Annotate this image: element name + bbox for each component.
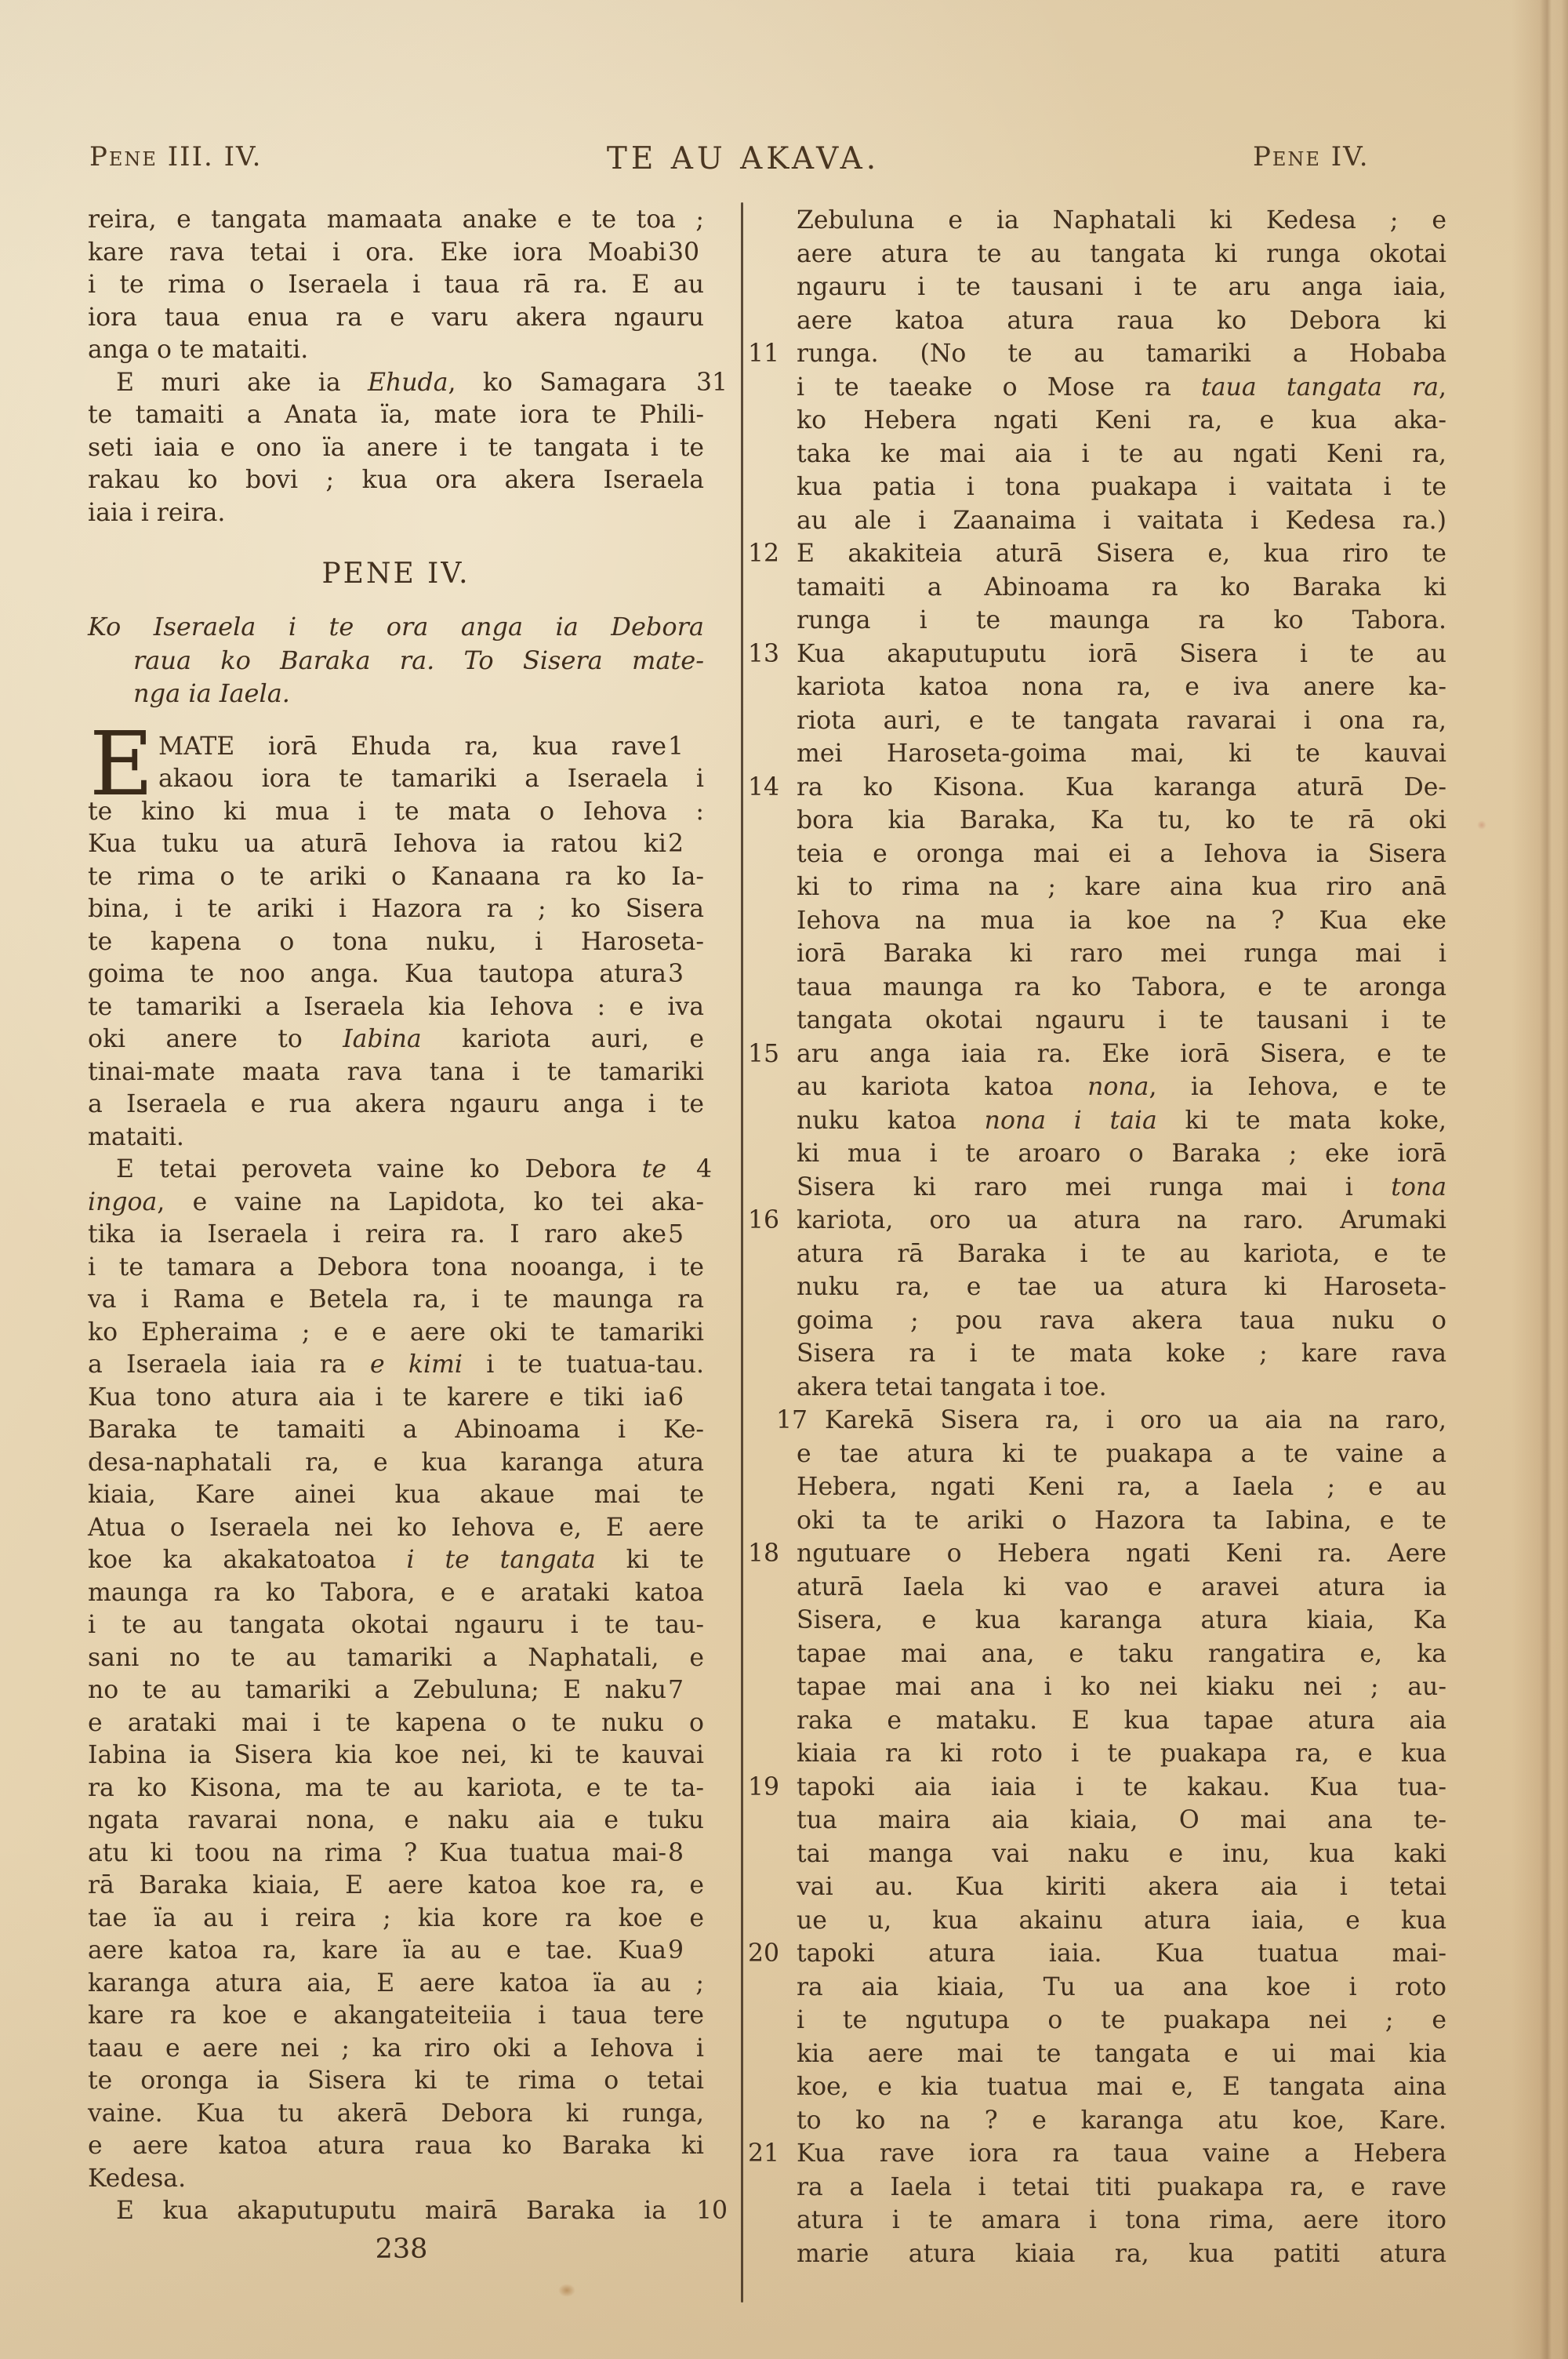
- text-line: tai manga vai naku e inu, kua kaki: [746, 1837, 1446, 1871]
- text-line: ngata ravarai nona, e naku aia e tuku: [88, 1805, 715, 1837]
- page-edge-shadow: [1512, 0, 1568, 2359]
- text-segment: E muri ake ia: [116, 369, 368, 397]
- text-line: ingoa, e vaine na Lapidota, ko tei aka-: [88, 1187, 715, 1219]
- text-segment: kia aere mai te tangata e ui mai kia: [797, 2040, 1446, 2068]
- text-line: te kino ki mua i te mata o Iehova :: [88, 796, 715, 829]
- text-segment: atura i te amara i tona rima, aere itoro: [797, 2206, 1446, 2234]
- text-segment: ngauru i te tausani i te aru anga iaia,: [797, 273, 1446, 301]
- text-segment: E kua akaputuputu mairā Baraka ia: [116, 2197, 666, 2225]
- text-segment: bora kia Baraka, Ka tu, ko te rā oki: [797, 806, 1446, 834]
- text-line: aere katoa ra, kare ïa au e tae. Kua9: [88, 1935, 715, 1968]
- text-segment: anga o te mataiti.: [88, 336, 308, 364]
- text-segment: Kua rave iora ra taua vaine a Hebera: [797, 2139, 1446, 2168]
- text-segment: tai manga vai naku e inu, kua kaki: [797, 1840, 1446, 1868]
- text-segment: Kua akaputuputu iorā Sisera i te au: [797, 640, 1446, 668]
- text-line: taau e aere nei ; ka riro oki a Iehova i: [88, 2033, 715, 2066]
- text-line: Zebuluna e ia Naphatali ki Kedesa ; e: [746, 204, 1446, 238]
- text-segment: Baraka te tamaiti a Abinoama i Ke-: [88, 1416, 704, 1444]
- text-segment: i te ngutupa o te puakapa nei ; e: [797, 2006, 1446, 2034]
- text-line: ki mua i te aroaro o Baraka ; eke iorā: [746, 1137, 1446, 1171]
- text-segment: kiaia, Kare ainei kua akaue mai te: [88, 1481, 704, 1509]
- text-segment: va i Rama e Betela ra, i te maunga ra: [88, 1285, 704, 1314]
- italic-text: e kimi: [370, 1350, 463, 1379]
- verse-number: 5: [668, 1219, 715, 1252]
- text-line: Iabina ia Sisera kia koe nei, ki te kauv…: [88, 1739, 715, 1772]
- verse-number: 3: [668, 958, 715, 991]
- text-line: i te au tangata okotai ngauru i te tau-: [88, 1609, 715, 1642]
- text-line: marie atura kiaia ra, kua patiti atura: [746, 2237, 1446, 2271]
- text-segment: aere katoa ra, kare ïa au e tae. Kua: [88, 1936, 666, 1965]
- text-line: to ko na ? e karanga atu koe, Kare.: [746, 2104, 1446, 2138]
- text-segment: no te au tamariki a Zebuluna; E naku: [88, 1676, 666, 1704]
- text-line: oki anere to Iabina kariota auri, e: [88, 1023, 715, 1056]
- verse-number: 21: [748, 2137, 793, 2171]
- text-segment: to ko na ? e karanga atu koe, Kare.: [797, 2106, 1446, 2135]
- column-divider-rule: [741, 202, 743, 2303]
- text-segment: goima ; pou rava akera taua nuku o: [797, 1307, 1446, 1335]
- text-segment: karanga atura aia, E aere katoa ïa au ;: [88, 1969, 704, 1997]
- italic-text: tona: [1391, 1173, 1446, 1201]
- verse-number: 30: [668, 237, 715, 270]
- text-line: tamaiti a Abinoama ra ko Baraka ki: [746, 571, 1446, 605]
- text-segment: vaine. Kua tu akerā Debora ki runga,: [88, 2099, 704, 2128]
- text-line: ki to rima na ; kare aina kua riro anā: [746, 871, 1446, 904]
- text-line: i te taeake o Mose ra taua tangata ra,: [746, 371, 1446, 405]
- verse-number: 6: [668, 1382, 715, 1415]
- text-line: goima ; pou rava akera taua nuku o: [746, 1304, 1446, 1338]
- text-line: a Iseraela e rua akera ngauru anga i te: [88, 1089, 715, 1121]
- text-line: a Iseraela iaia ra e kimi i te tuatua-ta…: [88, 1349, 715, 1382]
- text-segment: Hebera, ngati Keni ra, a Iaela ; e au: [797, 1473, 1446, 1501]
- text-line: Kua tuku ua aturā Iehova ia ratou ki2: [88, 828, 715, 861]
- chapter-summary-line: Ko Iseraela i te ora anga ia Debora: [88, 610, 715, 644]
- text-line: aere atura te au tangata ki runga okotai: [746, 238, 1446, 271]
- text-segment: ra a Iaela i tetai titi puakapa ra, e ra…: [797, 2173, 1446, 2201]
- text-line: runga i te maunga ra ko Tabora.: [746, 604, 1446, 638]
- text-segment: tapoki aia iaia i te kakau. Kua tua-: [797, 1773, 1446, 1801]
- text-segment: te kapena o tona nuku, i Haroseta-: [88, 928, 704, 956]
- text-line: kua patia i tona puakapa i vaitata i te: [746, 471, 1446, 504]
- paragraph-block: reira, e tangata mamaata anake e te toa …: [88, 204, 715, 529]
- text-line: Sisera, e kua karanga atura kiaia, Ka: [746, 1604, 1446, 1637]
- text-line: akaou iora te tamariki a Iseraela i: [88, 763, 715, 796]
- text-segment: Sisera, e kua karanga atura kiaia, Ka: [797, 1606, 1446, 1634]
- text-line: teia e oronga mai ei a Iehova ia Sisera: [746, 838, 1446, 871]
- text-line: E tetai peroveta vaine ko Debora te4: [88, 1154, 715, 1187]
- text-segment: iorā Baraka ki raro mei runga mai i: [797, 940, 1446, 968]
- text-line: Baraka te tamaiti a Abinoama i Ke-: [88, 1414, 715, 1447]
- text-line: tinai-mate maata rava tana i te tamariki: [88, 1056, 715, 1089]
- text-segment: runga. (No te au tamariki a Hobaba: [797, 340, 1446, 368]
- text-line: koe, e kia tuatua mai e, E tangata aina: [746, 2070, 1446, 2104]
- text-segment: e arataki mai i te kapena o te nuku o: [88, 1709, 704, 1737]
- italic-text: Iabina: [343, 1025, 422, 1053]
- running-head-right: Pene IV.: [1253, 141, 1370, 173]
- text-line: MATE iorā Ehuda ra, kua rave1: [88, 731, 715, 764]
- text-line: tae ïa au i reira ; kia kore ra koe e: [88, 1903, 715, 1936]
- right-text-column: Zebuluna e ia Naphatali ki Kedesa ; eaer…: [746, 204, 1446, 2270]
- text-segment: raka e mataku. E kua tapae atura aia: [797, 1707, 1446, 1735]
- text-line: raka e mataku. E kua tapae atura aia: [746, 1704, 1446, 1738]
- text-segment: i te taeake o Mose ra: [797, 373, 1201, 402]
- text-line: atu ki toou na rima ? Kua tuatua mai-8: [88, 1837, 715, 1870]
- text-segment: a Iseraela e rua akera ngauru anga i te: [88, 1090, 704, 1118]
- text-line: vai au. Kua kiriti akera aia i tetai: [746, 1870, 1446, 1904]
- text-segment: ra ko Kisona, ma te au kariota, e te ta-: [88, 1774, 704, 1802]
- text-line: Kua rave iora ra taua vaine a Hebera21: [746, 2137, 1446, 2171]
- text-line: au ale i Zaanaima i vaitata i Kedesa ra.…: [746, 504, 1446, 538]
- text-segment: rakau ko bovi ; kua ora akera Iseraela: [88, 466, 704, 494]
- text-segment: ki mua i te aroaro o Baraka ; eke iorā: [797, 1140, 1446, 1168]
- text-segment: , e vaine na Lapidota, ko tei aka-: [157, 1188, 704, 1216]
- text-line: te rima o te ariki o Kanaana ra ko Ia-: [88, 861, 715, 894]
- text-segment: E akakiteia aturā Sisera e, kua riro te: [797, 540, 1446, 568]
- text-line: kariota, oro ua atura na raro. Arumaki16: [746, 1204, 1446, 1238]
- text-line: Iehova na mua ia koe na ? Kua eke: [746, 904, 1446, 938]
- text-segment: kariota katoa nona ra, e iva anere ka-: [797, 673, 1446, 701]
- text-line: te oronga ia Sisera ki te rima o tetai: [88, 2065, 715, 2098]
- text-line: kare rava tetai i ora. Eke iora Moabi30: [88, 237, 715, 270]
- text-segment: Kua tuku ua aturā Iehova ia ratou ki: [88, 830, 666, 858]
- text-line: Atua o Iseraela nei ko Iehova e, E aere: [88, 1512, 715, 1545]
- text-segment: kariota, oro ua atura na raro. Arumaki: [797, 1206, 1446, 1234]
- text-line: ngauru i te tausani i te aru anga iaia,: [746, 271, 1446, 304]
- text-segment: ko Hebera ngati Keni ra, e kua aka-: [797, 406, 1446, 434]
- text-line: ra aia kiaia, Tu ua ana koe i roto: [746, 1971, 1446, 2005]
- text-line: ra ko Kisona. Kua karanga aturā De-14: [746, 771, 1446, 805]
- text-line: tika ia Iseraela i reira ra. I raro ake5: [88, 1219, 715, 1252]
- text-segment: runga i te maunga ra ko Tabora.: [797, 606, 1446, 634]
- text-segment: marie atura kiaia ra, kua patiti atura: [797, 2240, 1446, 2268]
- text-line: atura rā Baraka i te au kariota, e te: [746, 1238, 1446, 1271]
- foxing-spot: [1477, 820, 1486, 830]
- verse-number: 12: [748, 537, 793, 571]
- text-segment: au ale i Zaanaima i vaitata i Kedesa ra.…: [797, 507, 1446, 535]
- text-segment: a Iseraela iaia ra: [88, 1350, 370, 1379]
- text-segment: i te au tangata okotai ngauru i te tau-: [88, 1611, 704, 1639]
- text-segment: Kua tono atura aia i te karere e tiki ia: [88, 1383, 666, 1412]
- text-segment: e tae atura ki te puakapa a te vaine a: [797, 1440, 1446, 1468]
- paragraph-block: EMATE iorā Ehuda ra, kua rave1akaou iora…: [88, 731, 715, 2228]
- book-page: Pene III. IV. TE AU AKAVA. Pene IV. reir…: [0, 0, 1568, 2359]
- text-line: tangata okotai ngauru i te tausani i te: [746, 1004, 1446, 1038]
- text-segment: Karekā Sisera ra, i oro ua aia na raro,: [825, 1406, 1446, 1434]
- text-segment: tika ia Iseraela i reira ra. I raro ake: [88, 1220, 666, 1249]
- chapter-summary-line: raua ko Baraka ra. To Sisera mate-: [88, 644, 715, 678]
- text-line: bora kia Baraka, Ka tu, ko te rā oki: [746, 804, 1446, 838]
- text-line: Kua tono atura aia i te karere e tiki ia…: [88, 1382, 715, 1415]
- foxing-spot: [558, 2284, 575, 2297]
- text-segment: ngata ravarai nona, e naku aia e tuku: [88, 1806, 704, 1834]
- text-segment: tamaiti a Abinoama ra ko Baraka ki: [797, 573, 1446, 602]
- text-line: maunga ra ko Tabora, e e arataki katoa: [88, 1577, 715, 1610]
- text-segment: , ia Iehova, e te: [1149, 1073, 1446, 1101]
- text-line: taua maunga ra ko Tabora, e te aronga: [746, 971, 1446, 1005]
- text-line: desa-naphatali ra, e kua karanga atura: [88, 1447, 715, 1480]
- text-segment: seti iaia e ono ïa anere i te tangata i …: [88, 434, 704, 462]
- text-segment: Sisera ra i te mata koke ; kare rava: [797, 1339, 1446, 1368]
- text-line: va i Rama e Betela ra, i te maunga ra: [88, 1284, 715, 1317]
- text-segment: rā Baraka kiaia, E aere katoa koe ra, e: [88, 1871, 704, 1899]
- text-line: kia aere mai te tangata e ui mai kia: [746, 2037, 1446, 2071]
- text-line: kariota katoa nona ra, e iva anere ka-: [746, 671, 1446, 704]
- text-segment: ra aia kiaia, Tu ua ana koe i roto: [797, 1973, 1446, 2001]
- text-segment: mataiti.: [88, 1123, 184, 1151]
- text-line: ngutuare o Hebera ngati Keni ra. Aere18: [746, 1537, 1446, 1571]
- verse-number: 9: [668, 1935, 715, 1968]
- text-segment: oki ta te ariki o Hazora ta Iabina, e te: [797, 1507, 1446, 1535]
- text-segment: kua patia i tona puakapa i vaitata i te: [797, 473, 1446, 501]
- text-line: akera tetai tangata i toe.: [746, 1371, 1446, 1405]
- text-segment: akaou iora te tamariki a Iseraela i: [158, 765, 704, 793]
- text-line: sani no te au tamariki a Naphatali, e: [88, 1642, 715, 1675]
- text-segment: riota auri, e te tangata ravarai i ona r…: [797, 707, 1446, 735]
- text-line: te tamaiti a Anata ïa, mate iora te Phil…: [88, 399, 715, 432]
- text-line: iorā Baraka ki raro mei runga mai i: [746, 937, 1446, 971]
- verse-number: 20: [748, 1937, 793, 1971]
- text-segment: Sisera ki raro mei runga mai i: [797, 1173, 1391, 1201]
- verse-number: 14: [748, 771, 793, 805]
- text-segment: tapae mai ana i ko nei kiaku nei ; au-: [797, 1673, 1446, 1701]
- verse-number: 13: [748, 638, 793, 671]
- text-line: kare ra koe e akangateiteiia i taua tere: [88, 2000, 715, 2033]
- text-segment: te tamariki a Iseraela kia Iehova : e iv…: [88, 993, 704, 1021]
- text-segment: nuku ra, e tae ua atura ki Haroseta-: [797, 1273, 1446, 1301]
- verse-number: 2: [668, 828, 715, 861]
- verse-number: 15: [748, 1038, 793, 1071]
- text-segment: au kariota katoa: [797, 1073, 1087, 1101]
- text-line: bina, i te ariki i Hazora ra ; ko Sisera: [88, 893, 715, 926]
- text-segment: oki anere to: [88, 1025, 343, 1053]
- chapter-summary: Ko Iseraela i te ora anga ia Deboraraua …: [88, 610, 715, 711]
- verse-number: 7: [668, 1674, 715, 1707]
- verse-number: 31: [668, 367, 715, 400]
- left-text-column: reira, e tangata mamaata anake e te toa …: [88, 204, 715, 2228]
- text-line: ko Epheraima ; e e aere oki te tamariki: [88, 1317, 715, 1350]
- text-segment: tinai-mate maata rava tana i te tamariki: [88, 1058, 704, 1086]
- verse-number: 19: [748, 1771, 793, 1805]
- text-segment: ue u, kua akainu atura iaia, e kua: [797, 1906, 1446, 1935]
- text-segment: te tamaiti a Anata ïa, mate iora te Phil…: [88, 401, 704, 429]
- text-segment: iaia i reira.: [88, 499, 225, 527]
- text-line: i te tamara a Debora tona nooanga, i te: [88, 1252, 715, 1285]
- page-number: 238: [88, 2234, 715, 2265]
- text-line: taka ke mai aia i te au ngati Keni ra,: [746, 438, 1446, 471]
- text-segment: tae ïa au i reira ; kia kore ra koe e: [88, 1904, 704, 1932]
- text-line: anga o te mataiti.: [88, 334, 715, 367]
- text-line: Hebera, ngati Keni ra, a Iaela ; e au: [746, 1470, 1446, 1504]
- text-segment: e aere katoa atura raua ko Baraka ki: [88, 2132, 704, 2160]
- text-line: i te ngutupa o te puakapa nei ; e: [746, 2004, 1446, 2037]
- text-line: tapae mai ana, e taku rangatira e, ka: [746, 1637, 1446, 1671]
- verse-number: 16: [748, 1204, 793, 1238]
- text-segment: aere atura te au tangata ki runga okotai: [797, 240, 1446, 268]
- text-line: e aere katoa atura raua ko Baraka ki: [88, 2130, 715, 2163]
- text-segment: ra ko Kisona. Kua karanga aturā De-: [797, 773, 1446, 801]
- book-title-running-head: TE AU AKAVA.: [607, 141, 880, 176]
- text-line: aere katoa atura raua ko Debora ki: [746, 304, 1446, 338]
- text-line: no te au tamariki a Zebuluna; E naku7: [88, 1674, 715, 1707]
- text-segment: reira, e tangata mamaata anake e te toa …: [88, 205, 704, 234]
- text-line: ra a Iaela i tetai titi puakapa ra, e ra…: [746, 2171, 1446, 2205]
- verse-number: 4: [668, 1154, 715, 1187]
- text-line: iora taua enua ra e varu akera ngauru: [88, 302, 715, 335]
- text-segment: aru anga iaia ra. Eke iorā Sisera, e te: [797, 1040, 1446, 1068]
- italic-text: te: [642, 1155, 666, 1183]
- paragraph-block: Zebuluna e ia Naphatali ki Kedesa ; eaer…: [746, 204, 1446, 2270]
- text-line: ra ko Kisona, ma te au kariota, e te ta-: [88, 1772, 715, 1805]
- text-segment: kariota auri, e: [422, 1025, 704, 1053]
- verse-number: 18: [748, 1537, 793, 1571]
- text-segment: te rima o te ariki o Kanaana ra ko Ia-: [88, 863, 704, 891]
- text-segment: Iehova na mua ia koe na ? Kua eke: [797, 907, 1446, 935]
- text-segment: nuku katoa: [797, 1107, 985, 1135]
- text-line: Sisera ki raro mei runga mai i tona: [746, 1171, 1446, 1205]
- text-segment: goima te noo anga. Kua tautopa atura: [88, 960, 666, 988]
- text-segment: akera tetai tangata i toe.: [797, 1373, 1107, 1401]
- text-segment: i te tuatua-tau.: [463, 1350, 704, 1379]
- text-segment: desa-naphatali ra, e kua karanga atura: [88, 1448, 704, 1477]
- text-line: Karekā Sisera ra, i oro ua aia na raro,1…: [746, 1404, 1446, 1438]
- text-line: E muri ake ia Ehuda, ko Samagara31: [88, 367, 715, 400]
- verse-number: 17: [748, 1404, 793, 1438]
- italic-text: taua tangata ra: [1201, 373, 1439, 402]
- text-segment: maunga ra ko Tabora, e e arataki katoa: [88, 1579, 704, 1607]
- text-segment: E tetai peroveta vaine ko Debora: [116, 1155, 642, 1183]
- text-line: aturā Iaela ki vao e aravei atura ia: [746, 1571, 1446, 1605]
- text-segment: , ko Samagara: [448, 369, 666, 397]
- text-line: ue u, kua akainu atura iaia, e kua: [746, 1904, 1446, 1938]
- text-line: rā Baraka kiaia, E aere katoa koe ra, e: [88, 1870, 715, 1903]
- text-line: iaia i reira.: [88, 497, 715, 530]
- text-segment: iora taua enua ra e varu akera ngauru: [88, 304, 704, 332]
- italic-text: Ehuda: [368, 369, 448, 397]
- text-segment: ki te: [596, 1546, 704, 1574]
- text-line: e tae atura ki te puakapa a te vaine a: [746, 1438, 1446, 1471]
- running-head-left: Pene III. IV.: [89, 141, 262, 173]
- text-line: runga. (No te au tamariki a Hobaba11: [746, 337, 1446, 371]
- verse-number: 8: [668, 1837, 715, 1870]
- text-segment: i te rima o Iseraela i taua rā ra. E au: [88, 271, 704, 299]
- text-segment: atu ki toou na rima ? Kua tuatua mai-: [88, 1839, 666, 1867]
- text-line: te kapena o tona nuku, i Haroseta-: [88, 926, 715, 959]
- text-line: E akakiteia aturā Sisera e, kua riro te1…: [746, 537, 1446, 571]
- text-segment: aere katoa atura raua ko Debora ki: [797, 307, 1446, 335]
- text-segment: Atua o Iseraela nei ko Iehova e, E aere: [88, 1514, 704, 1542]
- italic-text: nona i taia: [985, 1107, 1157, 1135]
- text-line: kiaia ra ki roto i te puakapa ra, e kua: [746, 1737, 1446, 1771]
- text-segment: tapoki atura iaia. Kua tuatua mai-: [797, 1939, 1446, 1968]
- text-segment: ngutuare o Hebera ngati Keni ra. Aere: [797, 1539, 1446, 1568]
- text-segment: ko Epheraima ; e e aere oki te tamariki: [88, 1318, 704, 1347]
- text-line: te tamariki a Iseraela kia Iehova : e iv…: [88, 991, 715, 1024]
- text-line: nuku katoa nona i taia ki te mata koke,: [746, 1104, 1446, 1138]
- text-line: Kedesa.: [88, 2163, 715, 2196]
- text-line: mataiti.: [88, 1121, 715, 1154]
- text-segment: i te tamara a Debora tona nooanga, i te: [88, 1253, 704, 1281]
- text-line: nuku ra, e tae ua atura ki Haroseta-: [746, 1270, 1446, 1304]
- text-segment: kare ra koe e akangateiteiia i taua tere: [88, 2001, 704, 2030]
- text-line: tapoki atura iaia. Kua tuatua mai-20: [746, 1937, 1446, 1971]
- text-line: koe ka akakatoatoa i te tangata ki te: [88, 1544, 715, 1577]
- text-line: Kua akaputuputu iorā Sisera i te au13: [746, 638, 1446, 671]
- text-segment: bina, i te ariki i Hazora ra ; ko Sisera: [88, 895, 704, 923]
- text-segment: tua maira aia kiaia, O mai ana te-: [797, 1806, 1446, 1834]
- text-segment: atura rā Baraka i te au kariota, e te: [797, 1240, 1446, 1268]
- text-segment: vai au. Kua kiriti akera aia i tetai: [797, 1873, 1446, 1901]
- text-segment: taau e aere nei ; ka riro oki a Iehova i: [88, 2034, 704, 2063]
- text-segment: te kino ki mua i te mata o Iehova :: [88, 798, 704, 826]
- text-line: kiaia, Kare ainei kua akaue mai te: [88, 1479, 715, 1512]
- text-line: goima te noo anga. Kua tautopa atura3: [88, 958, 715, 991]
- verse-number: 1: [668, 731, 715, 764]
- text-line: riota auri, e te tangata ravarai i ona r…: [746, 704, 1446, 738]
- text-segment: koe ka akakatoatoa: [88, 1546, 407, 1574]
- text-segment: teia e oronga mai ei a Iehova ia Sisera: [797, 840, 1446, 868]
- text-line: e arataki mai i te kapena o te nuku o: [88, 1707, 715, 1740]
- text-line: tapoki aia iaia i te kakau. Kua tua-19: [746, 1771, 1446, 1805]
- text-line: karanga atura aia, E aere katoa ïa au ;: [88, 1968, 715, 2001]
- text-segment: Kedesa.: [88, 2165, 186, 2193]
- chapter-heading: PENE IV.: [88, 558, 715, 590]
- text-segment: kare rava tetai i ora. Eke iora Moabi: [88, 238, 666, 267]
- text-segment: MATE iorā Ehuda ra, kua rave: [158, 732, 666, 761]
- text-line: tua maira aia kiaia, O mai ana te-: [746, 1804, 1446, 1837]
- text-line: ko Hebera ngati Keni ra, e kua aka-: [746, 404, 1446, 438]
- text-line: mei Haroseta-goima mai, ki te kauvai: [746, 737, 1446, 771]
- text-segment: taua maunga ra ko Tabora, e te aronga: [797, 973, 1446, 1001]
- text-segment: taka ke mai aia i te au ngati Keni ra,: [797, 440, 1446, 468]
- text-segment: ki te mata koke,: [1157, 1107, 1446, 1135]
- text-segment: ,: [1439, 373, 1446, 402]
- text-line: au kariota katoa nona, ia Iehova, e te: [746, 1070, 1446, 1104]
- text-segment: mei Haroseta-goima mai, ki te kauvai: [797, 740, 1446, 768]
- text-line: aru anga iaia ra. Eke iorā Sisera, e te1…: [746, 1038, 1446, 1071]
- text-segment: tangata okotai ngauru i te tausani i te: [797, 1006, 1446, 1034]
- text-segment: koe, e kia tuatua mai e, E tangata aina: [797, 2073, 1446, 2101]
- italic-text: i te tangata: [407, 1546, 596, 1574]
- text-segment: tapae mai ana, e taku rangatira e, ka: [797, 1640, 1446, 1668]
- text-line: seti iaia e ono ïa anere i te tangata i …: [88, 432, 715, 465]
- text-segment: kiaia ra ki roto i te puakapa ra, e kua: [797, 1739, 1446, 1768]
- text-line: tapae mai ana i ko nei kiaku nei ; au-: [746, 1670, 1446, 1704]
- verse-number: 10: [668, 2195, 715, 2228]
- verse-number: 11: [748, 337, 793, 371]
- text-segment: sani no te au tamariki a Naphatali, e: [88, 1644, 704, 1672]
- text-line: E kua akaputuputu mairā Baraka ia10: [88, 2195, 715, 2228]
- text-segment: Zebuluna e ia Naphatali ki Kedesa ; e: [797, 206, 1446, 234]
- text-segment: aturā Iaela ki vao e aravei atura ia: [797, 1573, 1446, 1601]
- chapter-summary-line: nga ia Iaela.: [88, 677, 715, 711]
- text-line: i te rima o Iseraela i taua rā ra. E au: [88, 269, 715, 302]
- text-line: Sisera ra i te mata koke ; kare rava: [746, 1337, 1446, 1371]
- text-line: rakau ko bovi ; kua ora akera Iseraela: [88, 464, 715, 497]
- text-line: vaine. Kua tu akerā Debora ki runga,: [88, 2098, 715, 2131]
- text-line: oki ta te ariki o Hazora ta Iabina, e te: [746, 1504, 1446, 1538]
- italic-text: ingoa: [88, 1188, 157, 1216]
- text-line: reira, e tangata mamaata anake e te toa …: [88, 204, 715, 237]
- text-line: atura i te amara i tona rima, aere itoro: [746, 2204, 1446, 2237]
- italic-text: nona: [1087, 1073, 1149, 1101]
- text-segment: Iabina ia Sisera kia koe nei, ki te kauv…: [88, 1741, 704, 1769]
- text-segment: te oronga ia Sisera ki te rima o tetai: [88, 2066, 704, 2095]
- text-segment: ki to rima na ; kare aina kua riro anā: [797, 873, 1446, 901]
